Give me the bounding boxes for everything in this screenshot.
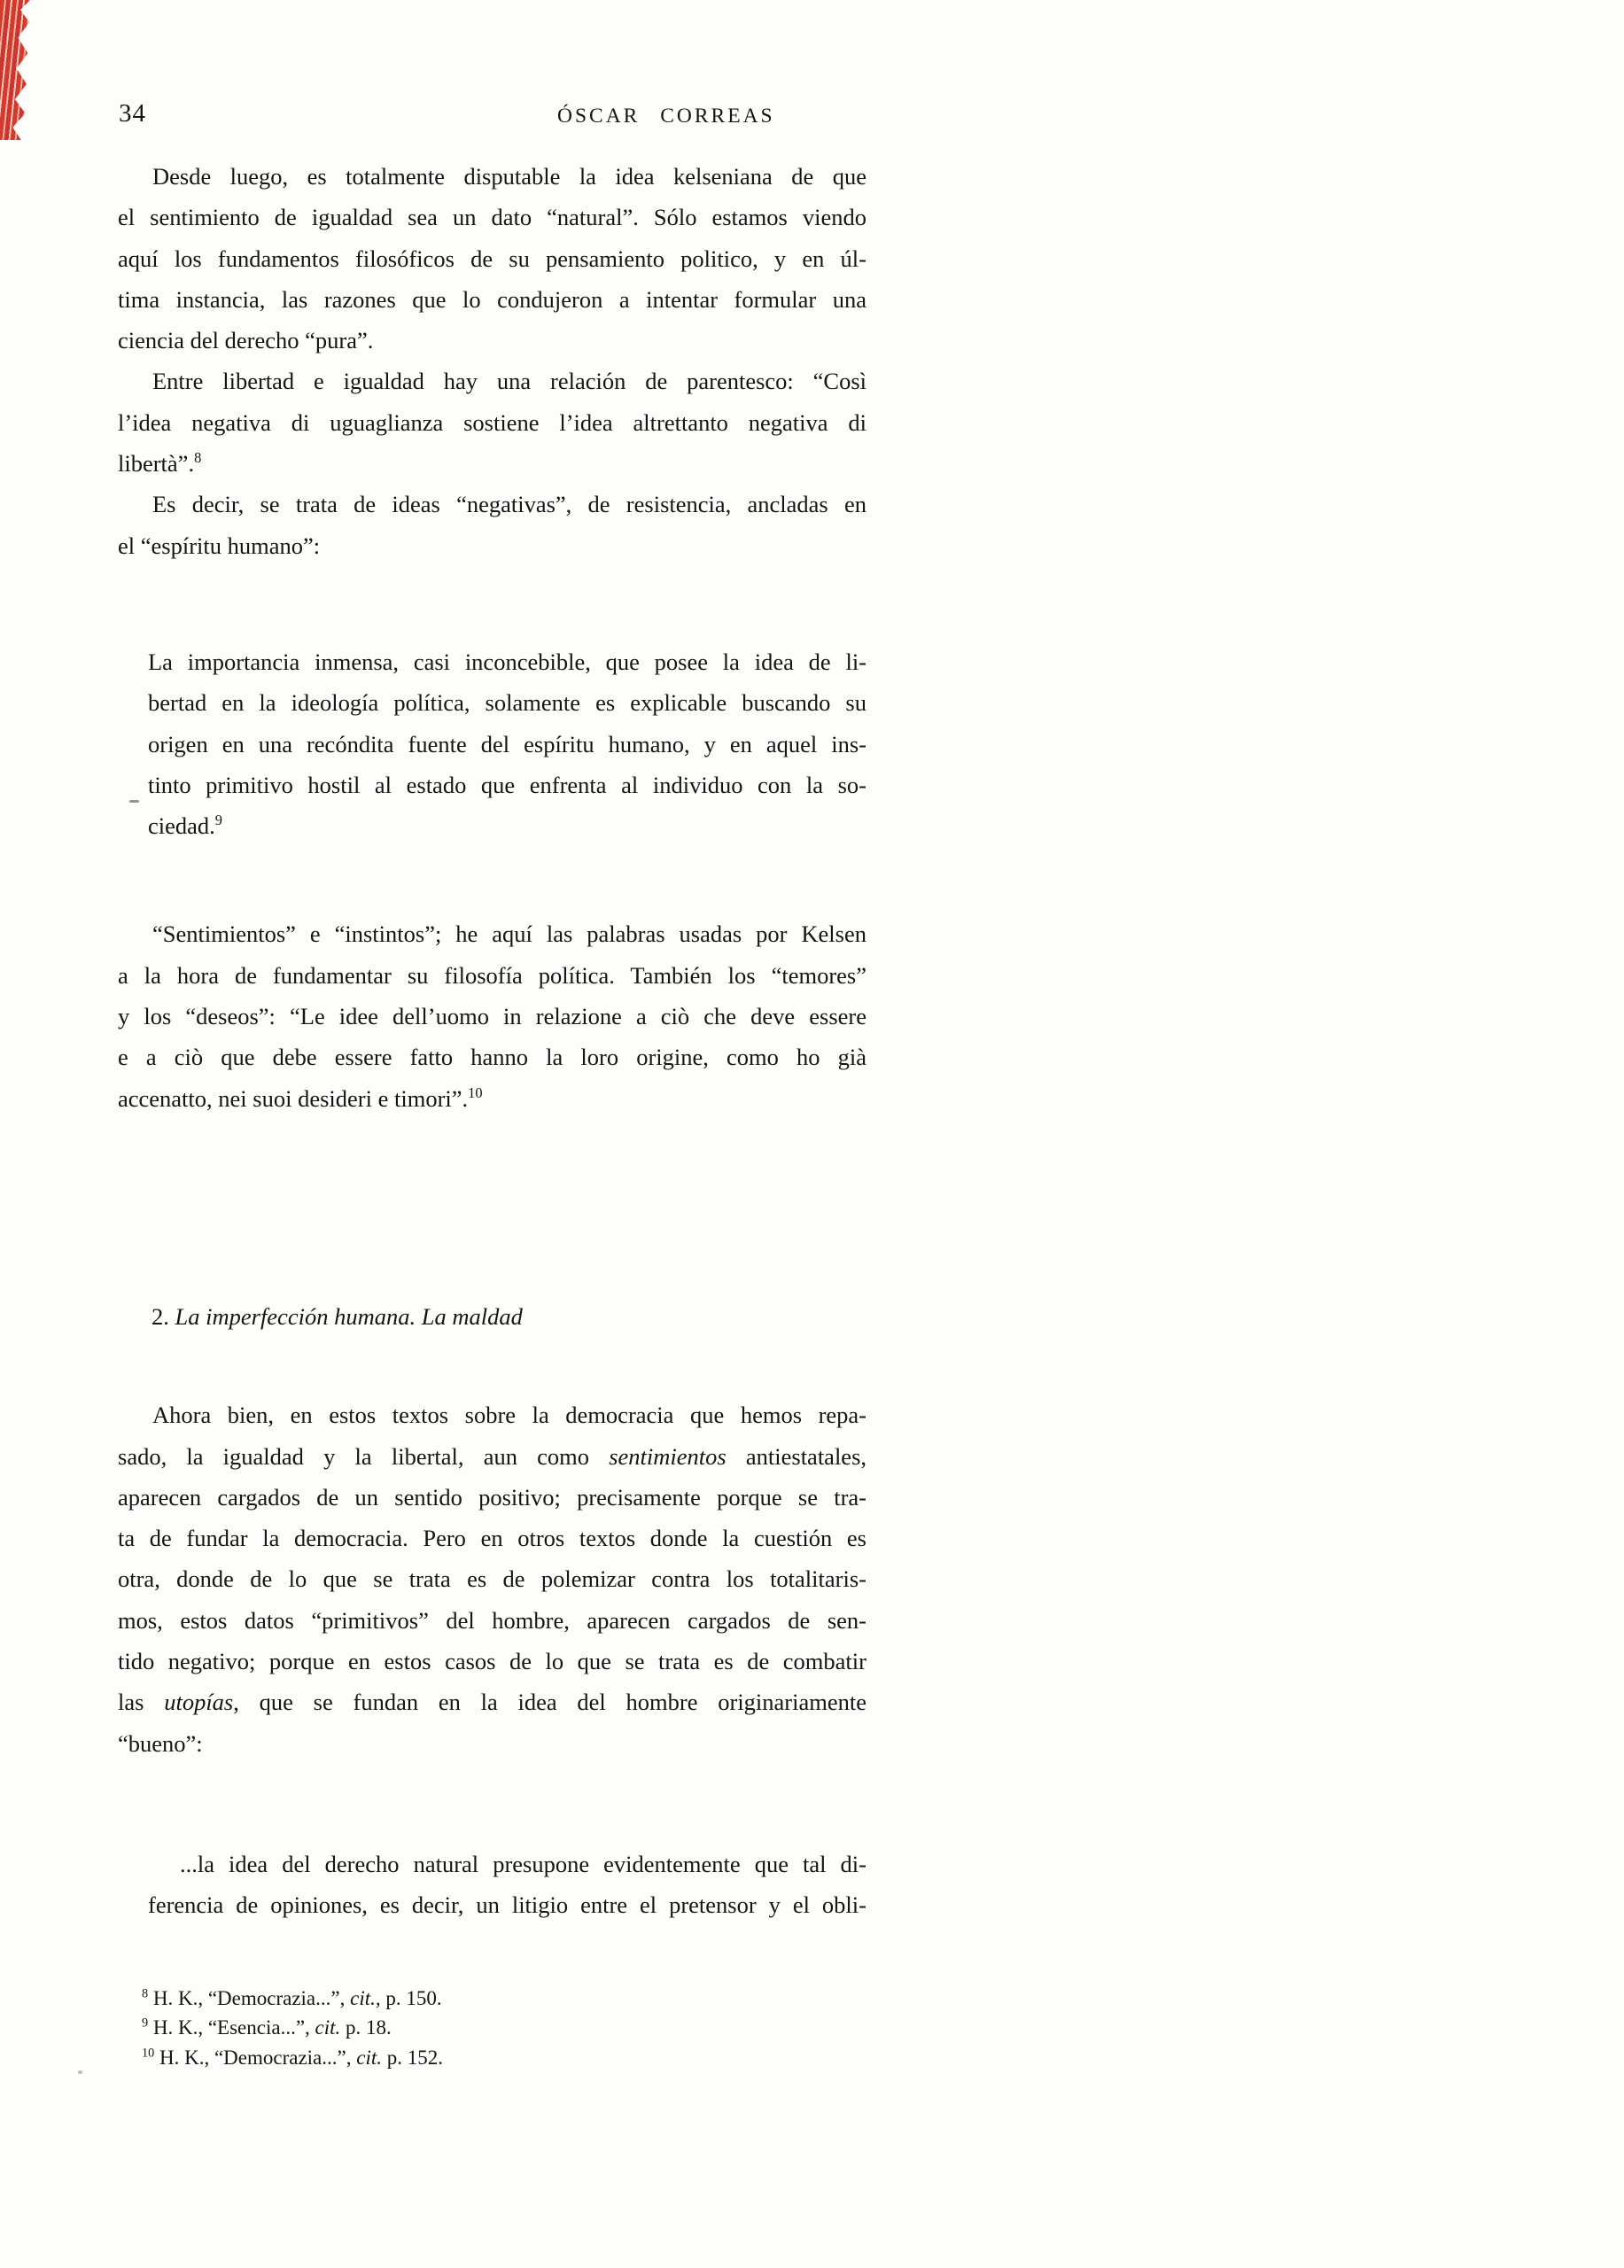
- paragraph: Desde luego, es totalmente disputable la…: [118, 156, 866, 361]
- paragraph: “Sentimientos” e “instintos”; he aquí la…: [118, 913, 866, 1118]
- text-line: 10 H. K., “Democrazia...”, cit. p. 152.: [142, 2043, 866, 2073]
- text-line: aparecen cargados de un sentido positivo…: [118, 1477, 866, 1518]
- text-line: Ahora bien, en estos textos sobre la dem…: [118, 1394, 866, 1435]
- text-line: Desde luego, es totalmente disputable la…: [118, 156, 866, 197]
- text-line: 8 H. K., “Democrazia...”, cit., p. 150.: [142, 1984, 866, 2014]
- text-line: el “espíritu humano”:: [118, 525, 866, 566]
- text-line: bertad en la ideología política, solamen…: [148, 682, 866, 723]
- text-line: ciedad.9: [148, 805, 866, 846]
- text-line: ferencia de opiniones, es decir, un liti…: [148, 1884, 866, 1925]
- text-line: ...la idea del derecho natural presupone…: [148, 1844, 866, 1884]
- text-line: origen en una recóndita fuente del espír…: [148, 724, 866, 765]
- text-line: el sentimiento de igualdad sea un dato “…: [118, 197, 866, 237]
- scan-speck: [78, 2070, 82, 2074]
- block-quote: La importancia inmensa, casi inconcebibl…: [118, 641, 866, 846]
- text-line: las utopías, que se fundan en la idea de…: [118, 1682, 866, 1722]
- text-line: tido negativo; porque en estos casos de …: [118, 1641, 866, 1682]
- block-quote: ...la idea del derecho natural presupone…: [118, 1844, 866, 1926]
- text-line: tima instancia, las razones que lo condu…: [118, 279, 866, 320]
- text-line: “bueno”:: [118, 1723, 866, 1764]
- footnotes: 8 H. K., “Democrazia...”, cit., p. 150.9…: [118, 1984, 866, 2073]
- text-line: otra, donde de lo que se trata es de pol…: [118, 1558, 866, 1599]
- text-line: La importancia inmensa, casi inconcebibl…: [148, 641, 866, 682]
- text-line: 9 H. K., “Esencia...”, cit. p. 18.: [142, 2013, 866, 2043]
- paragraph: Entre libertad e igualdad hay una relaci…: [118, 361, 866, 484]
- text-line: e a ciò que debe essere fatto hanno la l…: [118, 1037, 866, 1077]
- text-line: accenatto, nei suoi desideri e timori”.1…: [118, 1078, 866, 1119]
- text-line: tinto primitivo hostil al estado que enf…: [148, 765, 866, 805]
- text-line: a la hora de fundamentar su filosofía po…: [118, 955, 866, 996]
- text-line: y los “deseos”: “Le idee dell’uomo in re…: [118, 996, 866, 1037]
- text-line: sado, la igualdad y la libertal, aun com…: [118, 1436, 866, 1477]
- running-header: ÓSCAR CORREAS: [557, 105, 775, 128]
- red-margin-mark: [0, 0, 30, 140]
- text-line: Es decir, se trata de ideas “negativas”,…: [118, 484, 866, 524]
- text-line: aquí los fundamentos filosóficos de su p…: [118, 238, 866, 279]
- paragraph: Es decir, se trata de ideas “negativas”,…: [118, 484, 866, 566]
- text-line: libertà”.8: [118, 443, 866, 484]
- text-line: ta de fundar la democracia. Pero en otro…: [118, 1518, 866, 1558]
- text-line: “Sentimientos” e “instintos”; he aquí la…: [118, 913, 866, 954]
- section-heading: 2. La imperfección humana. La maldad: [118, 1296, 866, 1337]
- text-line: ciencia del derecho “pura”.: [118, 320, 866, 361]
- scanned-page: 34 ÓSCAR CORREAS Desde luego, es totalme…: [0, 0, 1624, 2268]
- page-number: 34: [119, 99, 146, 128]
- text-line: Entre libertad e igualdad hay una relaci…: [118, 361, 866, 401]
- text-line: l’idea negativa di uguaglianza sostiene …: [118, 402, 866, 443]
- paragraph: Ahora bien, en estos textos sobre la dem…: [118, 1394, 866, 1764]
- text-line: mos, estos datos “primitivos” del hombre…: [118, 1600, 866, 1641]
- body-text: Desde luego, es totalmente disputable la…: [118, 156, 866, 2072]
